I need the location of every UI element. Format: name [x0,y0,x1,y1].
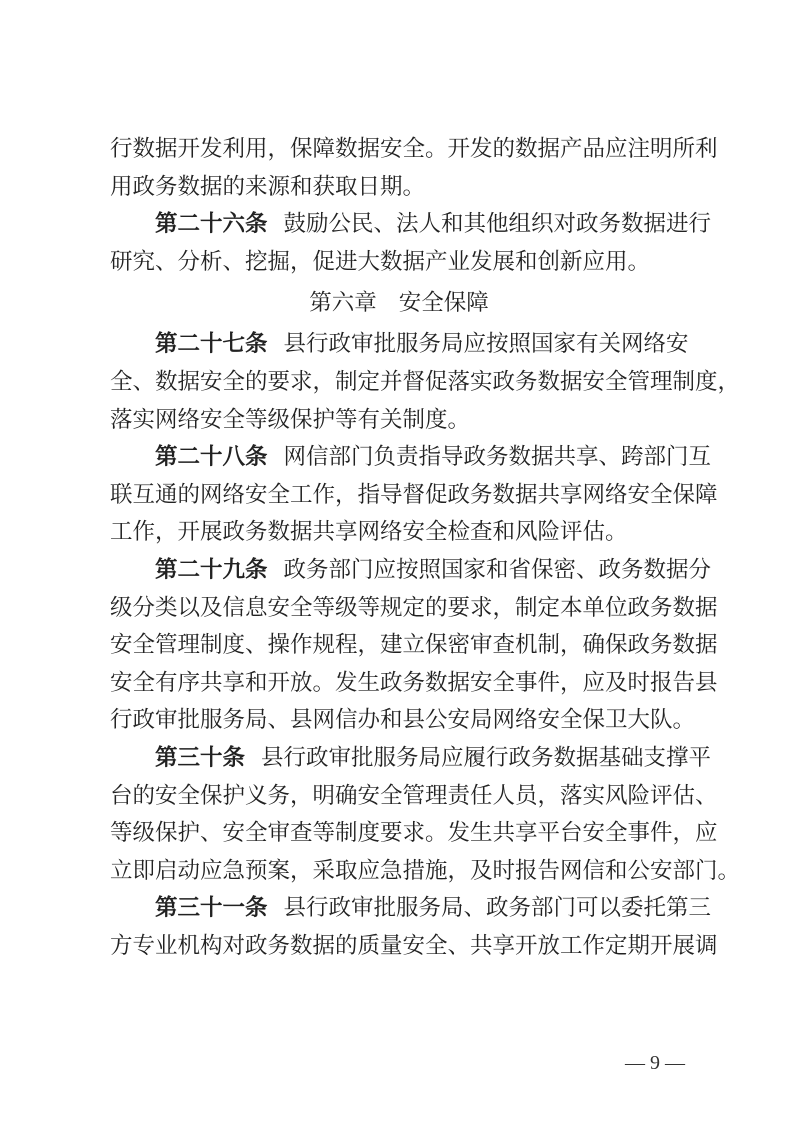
article-title: 第二十六条 [155,211,268,237]
article-30: 第三十条县行政审批服务局应履行政务数据基础支撑平 台的安全保护义务，明确安全管理… [110,740,688,890]
chapter-number: 第六章 [309,290,377,316]
chapter-title: 安全保障 [399,290,489,316]
chapter-heading: 第六章安全保障 [110,281,688,326]
text-line: 行数据开发利用，保障数据安全。开发的数据产品应注明所利 [110,131,688,169]
article-title: 第二十七条 [155,331,268,357]
document-body: 行数据开发利用，保障数据安全。开发的数据产品应注明所利 用政务数据的来源和获取日… [110,131,688,965]
text-line: 级分类以及信息安全等级等规定的要求，制定本单位政务数据 [110,590,688,628]
article-title: 第二十九条 [155,557,268,583]
text-line: 工作，开展政务数据共享网络安全检查和风险评估。 [110,514,688,552]
text-line: 台的安全保护义务，明确安全管理责任人员，落实风险评估、 [110,778,688,816]
continuation-paragraph: 行数据开发利用，保障数据安全。开发的数据产品应注明所利 用政务数据的来源和获取日… [110,131,688,206]
page-number: — 9 — [625,1052,685,1075]
article-27: 第二十七条县行政审批服务局应按照国家有关网络安 全、数据安全的要求，制定并督促落… [110,326,688,439]
article-28: 第二十八条网信部门负责指导政务数据共享、跨部门互 联互通的网络安全工作，指导督促… [110,439,688,552]
text-line: 鼓励公民、法人和其他组织对政务数据进行 [284,211,712,237]
document-page: 行数据开发利用，保障数据安全。开发的数据产品应注明所利 用政务数据的来源和获取日… [0,0,793,1121]
text-line: 立即启动应急预案，采取应急措施，及时报告网信和公安部门。 [110,853,688,891]
article-title: 第二十八条 [155,444,268,470]
text-line: 落实网络安全等级保护等有关制度。 [110,402,688,440]
text-line: 安全有序共享和开放。发生政务数据安全事件，应及时报告县 [110,665,688,703]
text-line: 联互通的网络安全工作，指导督促政务数据共享网络安全保障 [110,477,688,515]
article-title: 第三十一条 [155,895,268,921]
text-line: 安全管理制度、操作规程，建立保密审查机制，确保政务数据 [110,627,688,665]
text-line: 等级保护、安全审查等制度要求。发生共享平台安全事件，应 [110,815,688,853]
article-title: 第三十条 [155,745,245,771]
text-line: 县行政审批服务局应按照国家有关网络安 [284,331,689,357]
text-line: 用政务数据的来源和获取日期。 [110,169,688,207]
article-29: 第二十九条政务部门应按照国家和省保密、政务数据分 级分类以及信息安全等级等规定的… [110,552,688,740]
text-line: 研究、分析、挖掘，促进大数据产业发展和创新应用。 [110,244,688,282]
text-line: 县行政审批服务局应履行政务数据基础支撑平 [261,745,711,771]
text-line: 方专业机构对政务数据的质量安全、共享开放工作定期开展调 [110,928,688,966]
text-line: 行政审批服务局、县网信办和县公安局网络安全保卫大队。 [110,702,688,740]
text-line: 县行政审批服务局、政务部门可以委托第三 [284,895,712,921]
article-31: 第三十一条县行政审批服务局、政务部门可以委托第三 方专业机构对政务数据的质量安全… [110,890,688,965]
text-line: 全、数据安全的要求，制定并督促落实政务数据安全管理制度， [110,364,688,402]
article-26: 第二十六条鼓励公民、法人和其他组织对政务数据进行 研究、分析、挖掘，促进大数据产… [110,206,688,281]
text-line: 政务部门应按照国家和省保密、政务数据分 [284,557,712,583]
text-line: 网信部门负责指导政务数据共享、跨部门互 [284,444,712,470]
